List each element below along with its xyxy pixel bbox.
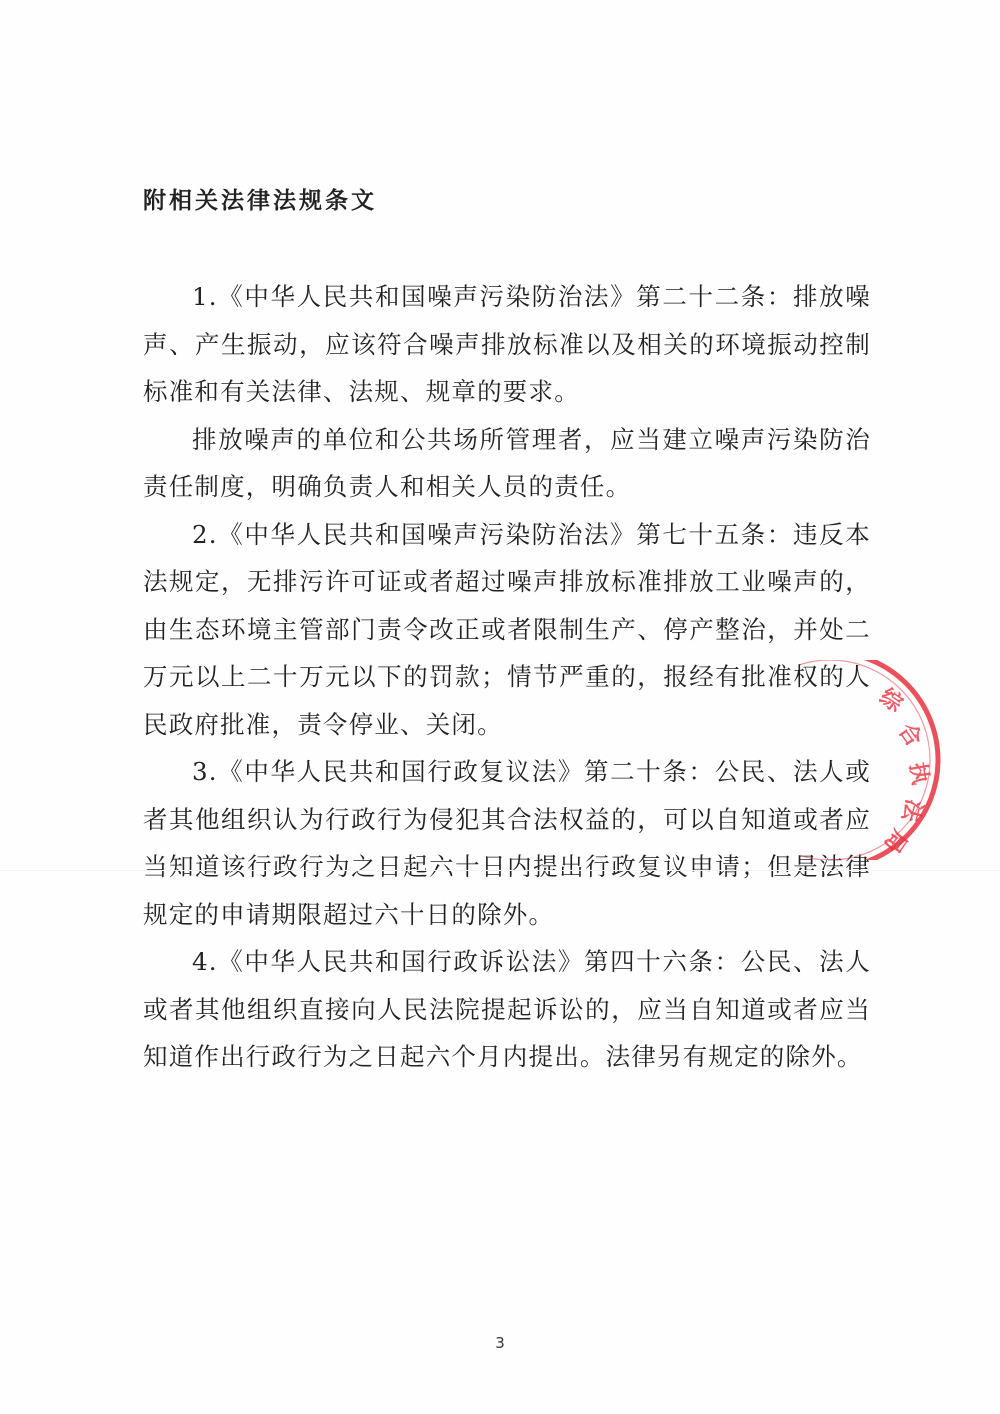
paragraph-article-1-continued: 排放噪声的单位和公共场所管理者，应当建立噪声污染防治责任制度，明确负责人和相关人… <box>143 416 871 511</box>
scan-artifact-line <box>0 870 1000 871</box>
document-page: 附相关法律法规条文 1.《中华人民共和国噪声污染防治法》第二十二条：排放噪声、产… <box>0 0 1000 1414</box>
paragraph-article-3: 3.《中华人民共和国行政复议法》第二十条：公民、法人或者其他组织认为行政行为侵犯… <box>143 748 871 938</box>
svg-text:合: 合 <box>893 719 927 752</box>
paragraph-article-4: 4.《中华人民共和国行政诉讼法》第四十六条：公民、法人或者其他组织直接向人民法院… <box>143 938 871 1081</box>
paragraph-article-2: 2.《中华人民共和国噪声污染防治法》第七十五条：违反本法规定，无排污许可证或者超… <box>143 511 871 749</box>
document-heading: 附相关法律法规条文 <box>143 182 377 215</box>
svg-text:局: 局 <box>878 825 911 857</box>
document-body: 1.《中华人民共和国噪声污染防治法》第二十二条：排放噪声、产生振动，应该符合噪声… <box>143 273 871 1081</box>
svg-text:综: 综 <box>875 684 909 718</box>
svg-text:执: 执 <box>904 761 933 787</box>
svg-text:法: 法 <box>896 796 926 825</box>
paragraph-article-1: 1.《中华人民共和国噪声污染防治法》第二十二条：排放噪声、产生振动，应该符合噪声… <box>143 273 871 416</box>
page-number: 3 <box>0 1334 1000 1352</box>
